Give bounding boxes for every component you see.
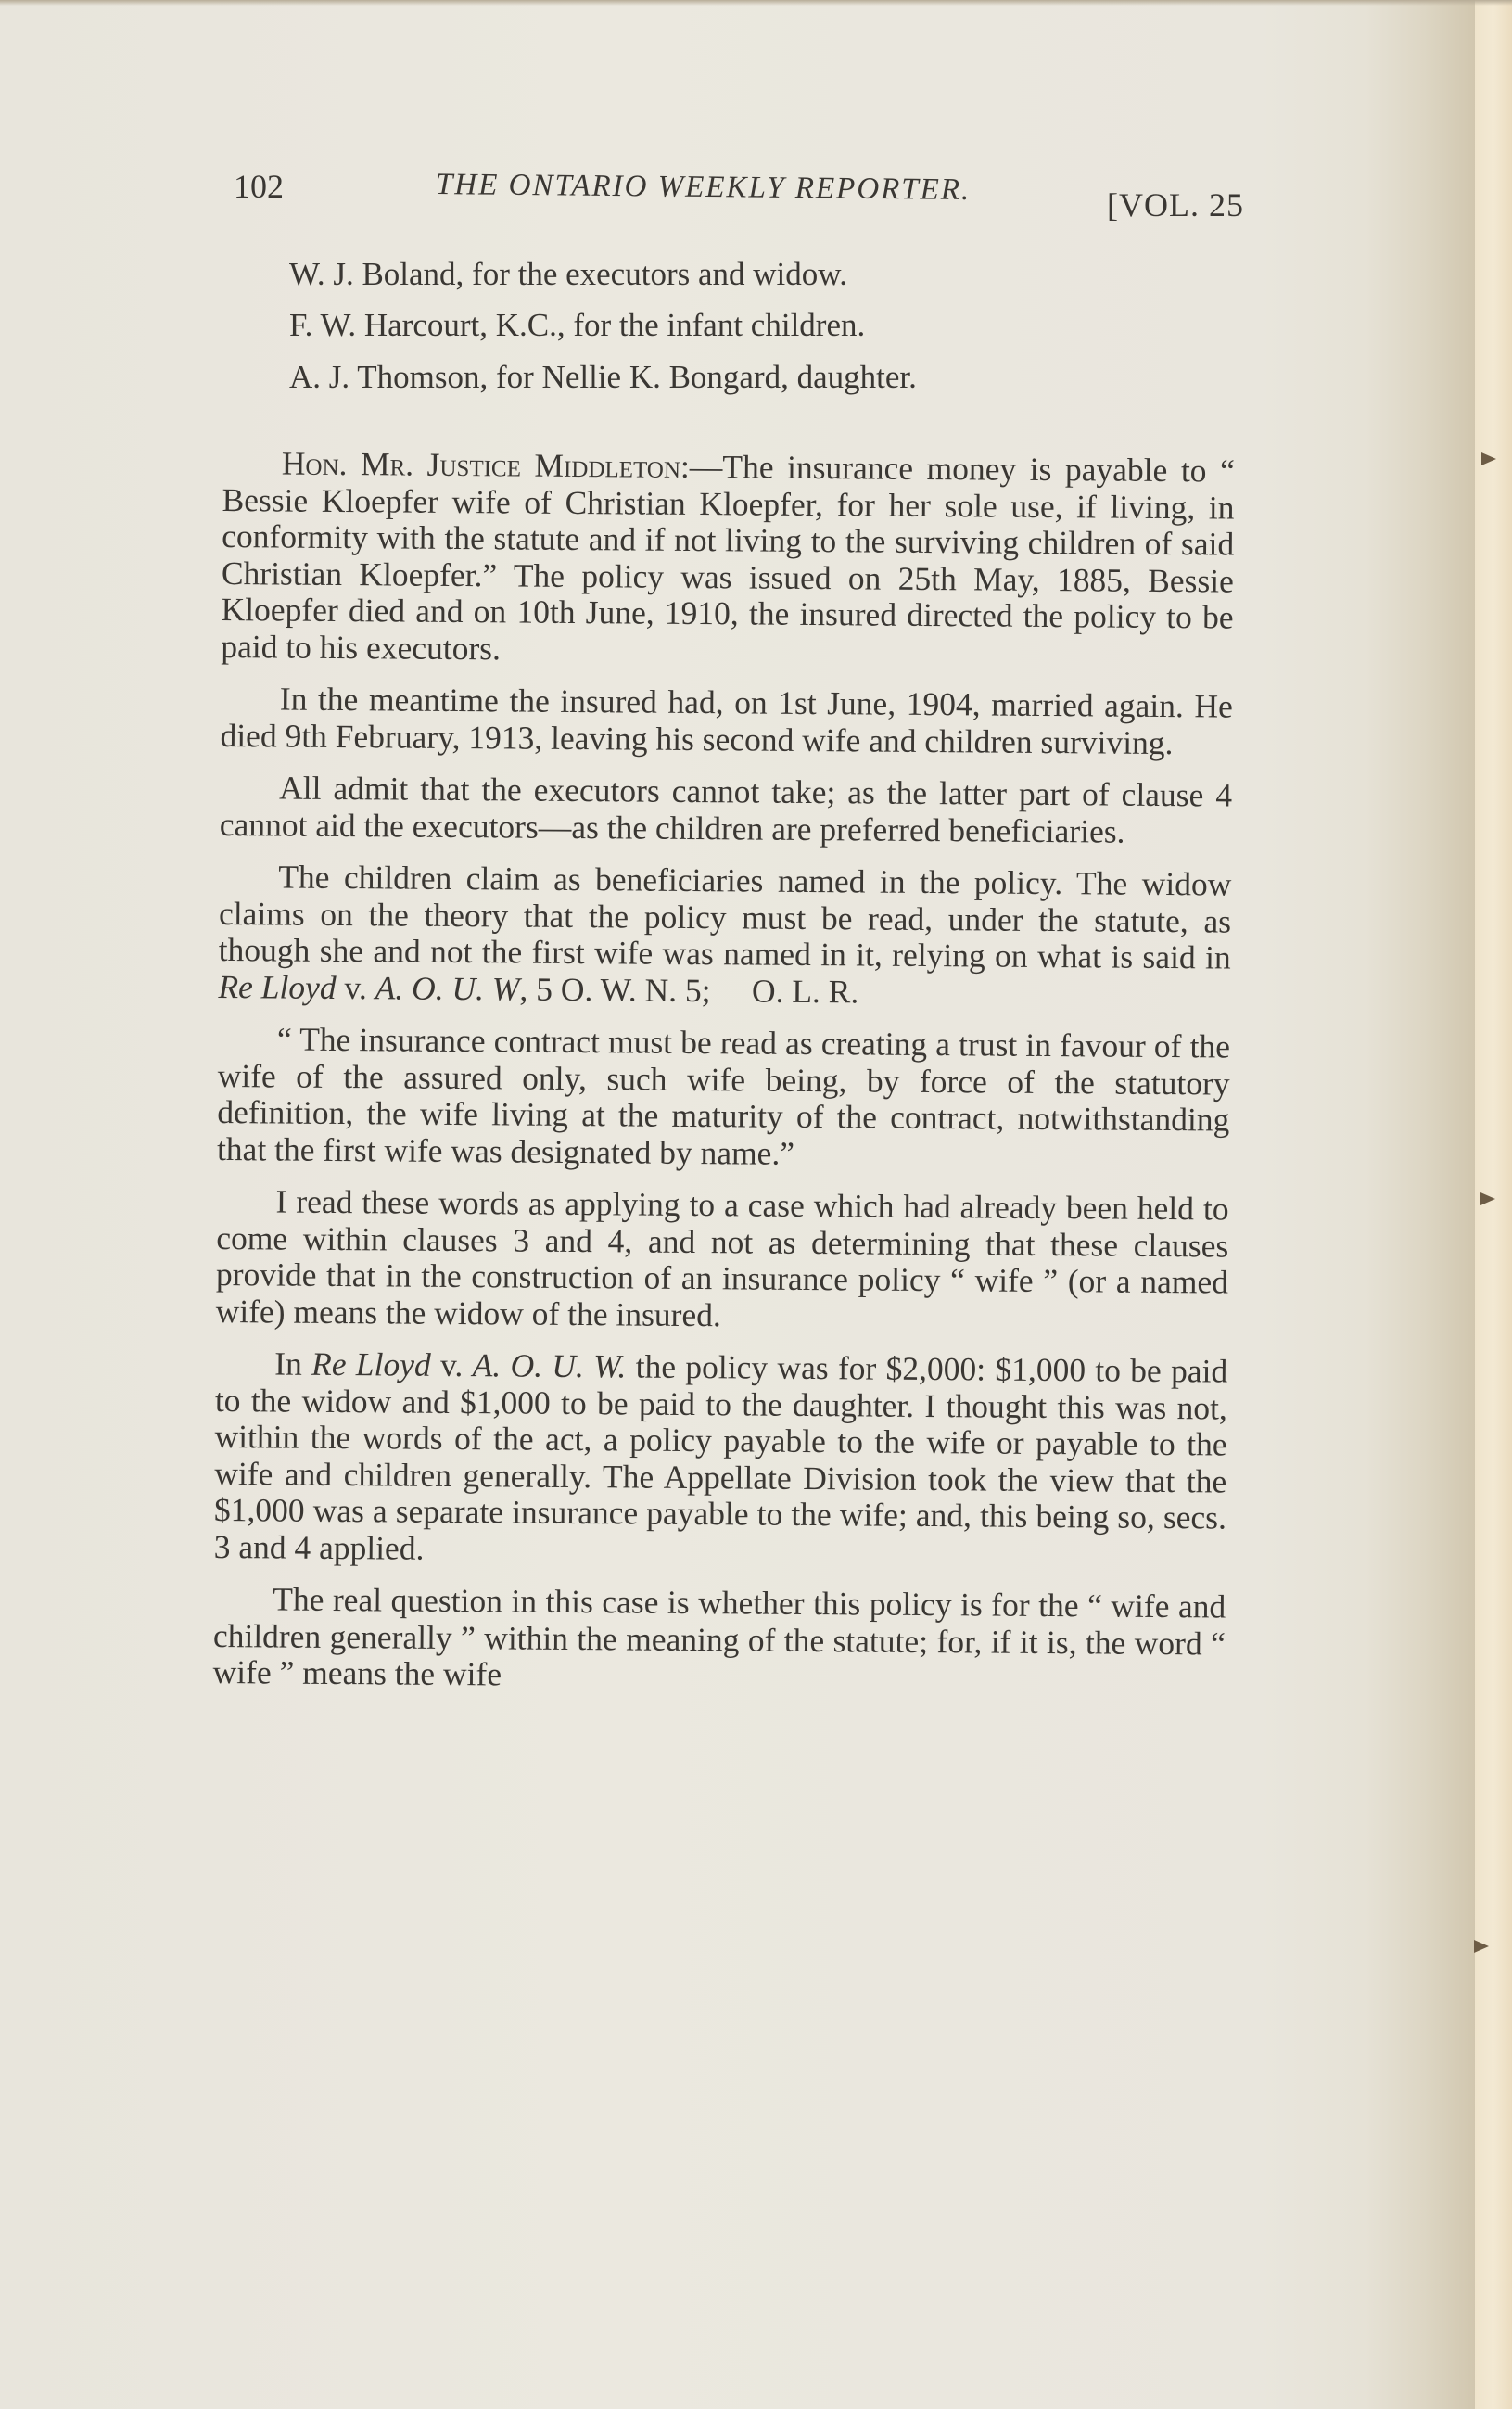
- page-edge-tab-marker: [1474, 1940, 1489, 1953]
- paragraph: The children claim as beneficiaries name…: [218, 859, 1231, 1013]
- page-edge-tab-marker: [1481, 452, 1496, 465]
- judge-suffix: :—: [680, 448, 723, 485]
- judgment-body: Hon. Mr. Justice Middleton:—The insuranc…: [212, 445, 1235, 1714]
- paragraph: All admit that the executors cannot take…: [220, 770, 1233, 851]
- page-edge-tab-marker: [1480, 1192, 1495, 1205]
- counsel-line: W. J. Boland, for the executors and wido…: [289, 256, 847, 293]
- counsel-line: F. W. Harcourt, K.C., for the infant chi…: [289, 307, 865, 344]
- case-party: A. O. U. W.: [473, 1346, 627, 1384]
- running-header: 102 THE ONTARIO WEEKLY REPORTER. [VOL. 2…: [234, 167, 1244, 223]
- quotation: “ The insurance contract must be read as…: [217, 1021, 1230, 1176]
- paragraph: Hon. Mr. Justice Middleton:—The insuranc…: [221, 445, 1235, 673]
- counsel-line: A. J. Thomson, for Nellie K. Bongard, da…: [289, 359, 917, 396]
- page-number: 102: [234, 167, 284, 206]
- paragraph: I read these words as applying to a case…: [216, 1183, 1229, 1338]
- versus: v.: [344, 969, 367, 1006]
- case-party: A. O. U. W: [375, 969, 520, 1007]
- judge-name: Hon. Mr. Justice Middleton: [282, 445, 680, 485]
- running-title: THE ONTARIO WEEKLY REPORTER.: [436, 168, 972, 208]
- case-name: Re Lloyd: [311, 1345, 431, 1383]
- paragraph: In the meantime the insured had, on 1st …: [220, 681, 1233, 762]
- report-citation-2: O. L. R.: [752, 972, 859, 1010]
- paragraph-text: The children claim as beneficiaries name…: [219, 858, 1232, 975]
- paragraph: The real question in this case is whethe…: [212, 1581, 1226, 1699]
- volume-label: [VOL. 25: [1107, 185, 1244, 224]
- top-shadow: [0, 0, 1512, 6]
- paragraph-prefix: In: [274, 1345, 302, 1382]
- versus: v.: [440, 1346, 464, 1383]
- case-name: Re Lloyd: [218, 967, 336, 1005]
- report-citation: , 5 O. W. N. 5;: [519, 970, 710, 1009]
- paragraph: In Re Lloyd v. A. O. U. W. the policy wa…: [214, 1345, 1228, 1574]
